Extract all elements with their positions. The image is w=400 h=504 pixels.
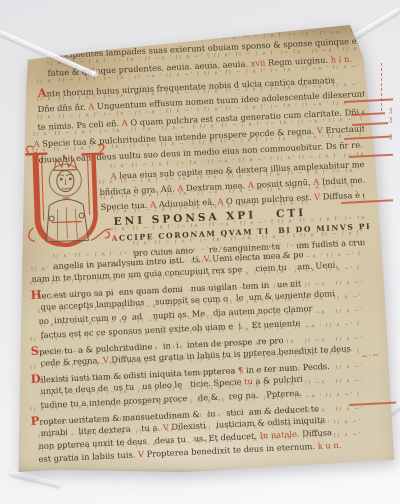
line-text: Dñe dñs ñr. A Unguentum effusum nomen tu… — [37, 89, 364, 116]
line-text: Ante thorum huius uirginis frequentate n… — [37, 71, 364, 98]
line-text: ACCIPE CORONAM QVAM TI BI DO MINVS PREPA… — [111, 222, 369, 246]
neume-row: ſ/ ʌ' ſſ ~ / ʌ ſ' /~ ſʌ ' /ſ ~ʌ ' ſ/ ʌ ~… — [30, 321, 364, 344]
manuscript-line: ſ/ ʌ' ſſ ~ / ʌ ſ' /~ ſʌ ' /ſ ~ʌ ' ſ/ ʌ ~… — [37, 100, 365, 135]
neume-row: ſ/ ʌ' ſſ ~ / ʌ ſ' /~ ſʌ ' /ſ ~ʌ ' ſ/ ʌ ~… — [40, 308, 364, 330]
manuscript-line: ſ/ ʌ' ſſ ~ / ʌ ſ' /~ ſʌ ' /ſ ~ʌ ' ſ/ ʌ ~… — [133, 230, 365, 261]
manuscript-line: ſ/ ʌ' ſſ ~ / ʌ ſ' /~ ſʌ ' /ſ ~ʌ ' ſ/ ʌ ~… — [40, 280, 365, 315]
neume-row: ſ/ ʌ' ſſ ~ / ʌ ſ' /~ ſʌ ' /ſ ~ʌ ' ſ/ ʌ ~… — [47, 46, 364, 68]
manuscript-line: ſ/ ʌ' ſſ ~ / ʌ ſ' /~ ſʌ ' /ſ ~ʌ ' ſ/ ʌ ~… — [30, 349, 365, 385]
manuscript-line: ſ/ ʌ' ſſ ~ / ʌ ſ' /~ ſʌ ' /ſ ~ʌ ' ſ/ ʌ ~… — [55, 28, 365, 63]
manuscript-line: ſ/ ʌ' ſſ ~ / ʌ ſ' /~ ſʌ ' /ſ ~ʌ ' ſ/ ʌ ~… — [99, 168, 365, 200]
line-text: est gratia in labiis tuis. V Propterea b… — [38, 439, 364, 466]
line-text: ENI SPONSA XPI CTI — [113, 207, 313, 228]
neume-row: ſ/ ʌ' ſſ ~ / ʌ ſ' /~ ſʌ ' /ſ ~ʌ ' ſ/ ʌ ~… — [55, 28, 364, 50]
manuscript-line: ſ/ ʌ' ſſ ~ / ʌ ſ' /~ ſʌ ' /ſ ~ʌ ' ſ/ ʌ ~… — [38, 432, 365, 467]
line-text: Specie tu a & pulchritudine in i inten d… — [30, 328, 364, 356]
manuscript-line: ſ/ ʌ' ſſ ~ / ʌ ſ' /~ ſʌ ' /ſ ~ʌ ' ſ/ ʌ ~… — [111, 215, 370, 247]
manuscript-line: ſ/ ʌ' ſſ ~ / ʌ ſ' /~ ſʌ ' /ſ ~ʌ ' ſ/ ʌ ~… — [40, 364, 365, 399]
neume-row: ſ/ ʌ' ſſ ~ / ʌ ſ' /~ ſʌ ' /ſ ~ʌ ' ſ/ ʌ ~… — [37, 100, 364, 122]
line-text: bñdicta è gra. Aū. A Dextram mea. A posu… — [99, 175, 364, 199]
manuscript-line: ſ/ ʌ' ſſ ~ / ʌ ſ' /~ ſʌ ' /ſ ~ʌ ' ſ/ ʌ ~… — [100, 183, 365, 215]
line-text: factus est ec ce sponsus uenit exite ob … — [40, 315, 364, 342]
line-text: no introiuit cum e o ad nupti as. Me dia… — [38, 301, 364, 328]
neume-row: ſ/ ʌ' ſſ ~ / ʌ ſ' /~ ſʌ ' /ſ ~ʌ ' ſ/ ʌ ~… — [38, 432, 364, 454]
line-text: Hec est uirgo sa pi ens quam domi nus ui… — [30, 272, 364, 300]
neume-row: ſ/ ʌ' ſſ ~ / ʌ ſ' /~ ſʌ ' /ſ ~ʌ ' ſ/ ʌ ~… — [37, 82, 364, 104]
neume-row: ſ/ ʌ' ſſ ~ / ʌ ſ' /~ ſʌ ' /ſ ~ʌ ' ſ/ ʌ ~… — [30, 391, 364, 414]
line-text: Specie tua. A Adiuuabit eā. A O quam pul… — [100, 190, 364, 214]
line-text: cede & regna. V Diffusa est gratia in la… — [40, 343, 364, 370]
manuscript-line: ſ/ ʌ' ſſ ~ / ʌ ſ' /~ ſʌ ' /ſ ~ʌ ' ſ/ ʌ ~… — [31, 251, 365, 287]
mount-pin-highlight — [90, 68, 100, 78]
line-text: accipientes lampades suas exierunt obuia… — [55, 35, 364, 62]
neume-row: ſ/ ʌ' ſſ ~ / ʌ ſ' /~ ſʌ ' /ſ ~ʌ ' ſ/ ʌ ~… — [133, 230, 364, 248]
manuscript-line: ſ/ ʌ' ſſ ~ / ʌ ſ' /~ ſʌ ' /ſ ~ʌ ' ſ/ ʌ ~… — [37, 82, 365, 117]
neume-row: ſ/ ʌ' ſſ ~ / ʌ ſ' /~ ſʌ ' /ſ ~ʌ ' ſ/ ʌ ~… — [30, 349, 364, 372]
neume-row: ſ/ ʌ' ſſ ~ / ʌ ſ' /~ ſʌ ' /ſ ~ʌ ' ſ/ ʌ ~… — [38, 294, 364, 316]
illuminated-initial-v — [22, 141, 114, 258]
line-text: non ppterea unxit te deus deus tu us. Et… — [38, 426, 364, 453]
manuscript-line: ſ/ ʌ' ſſ ~ / ʌ ſ' /~ ſʌ ' /ſ ~ʌ ' ſ/ ʌ ~… — [40, 406, 365, 441]
line-text: mirabi liter dextera tu a. V Dilexisti i… — [40, 413, 364, 440]
line-text: pro cuius amo re. sanguinem tu um fudist… — [133, 237, 364, 260]
neume-row: ſ/ ʌ' ſſ ~ / ʌ ſ' /~ ſʌ ' /ſ ~ʌ ' ſ/ ʌ ~… — [111, 215, 369, 234]
neume-row: ſ/ ʌ' ſſ ~ / ʌ ſ' /~ ſʌ ' /ſ ~ʌ ' ſ/ ʌ ~… — [40, 378, 364, 400]
manuscript-line: ſ/ ʌ' ſſ ~ / ʌ ſ' /~ ſʌ ' /ſ ~ʌ ' ſ/ ʌ ~… — [30, 265, 365, 301]
manuscript-line: ſ/ ʌ' ſſ ~ / ʌ ſ' /~ ſʌ ' /ſ ~ʌ ' ſ/ ʌ ~… — [38, 294, 365, 329]
line-text: Dilexisti iusti tiam & odisti iniquita t… — [30, 356, 364, 384]
neume-row: ſ/ ʌ' ſſ ~ / ʌ ſ' /~ ſʌ ' /ſ ~ʌ ' ſ/ ʌ ~… — [33, 116, 364, 139]
manuscript-line: ſ/ ʌ' ſſ ~ / ʌ ſ' /~ ſʌ ' /ſ ~ʌ ' ſ/ ʌ ~… — [40, 308, 365, 343]
neume-row: ſ/ ʌ' ſſ ~ / ʌ ſ' /~ ſʌ ' /ſ ~ʌ ' ſ/ ʌ ~… — [40, 364, 364, 386]
manuscript-line: ſ/ ʌ' ſſ ~ / ʌ ſ' /~ ſʌ ' /ſ ~ʌ ' ſ/ ʌ ~… — [110, 152, 365, 184]
neume-row: ſ/ ʌ' ſſ ~ / ʌ ſ' /~ ſʌ ' /ſ ~ʌ ' ſ/ ʌ ~… — [40, 336, 364, 358]
neume-row: ſ/ ʌ' ſſ ~ / ʌ ſ' /~ ſʌ ' /ſ ~ʌ ' ſ/ ʌ ~… — [113, 200, 313, 216]
manuscript-line: ſ/ ʌ' ſſ ~ / ʌ ſ' /~ ſʌ ' /ſ ~ʌ ' ſ/ ʌ ~… — [30, 321, 365, 357]
line-text: nam in te thronum me um quia concupiuit … — [31, 258, 364, 286]
neume-row: ſ/ ʌ' ſſ ~ / ʌ ſ' /~ ſʌ ' /ſ ~ʌ ' ſ/ ʌ ~… — [30, 265, 364, 288]
line-text: A leua eius sub capite meo & dextera ill… — [110, 159, 364, 183]
neume-row: ſ/ ʌ' ſſ ~ / ʌ ſ' /~ ſʌ ' /ſ ~ʌ ' ſ/ ʌ ~… — [100, 183, 364, 202]
manuscript-line: ſ/ ʌ' ſſ ~ / ʌ ſ' /~ ſʌ ' /ſ ~ʌ ' ſ/ ʌ ~… — [30, 391, 365, 427]
neume-row: ſ/ ʌ' ſſ ~ / ʌ ſ' /~ ſʌ ' /ſ ~ʌ ' ſ/ ʌ ~… — [99, 168, 364, 187]
line-text: Propter ueritatem & mansuetudinem & iu s… — [30, 398, 364, 426]
manuscript-line: ſ/ ʌ' ſſ ~ / ʌ ſ' /~ ſʌ ' /ſ ~ʌ ' ſ/ ʌ ~… — [40, 378, 365, 413]
line-text: tudine tu a intende prospere proce de & … — [40, 385, 364, 412]
manuscript-line: ſ/ ʌ' ſſ ~ / ʌ ſ' /~ ſʌ ' /ſ ~ʌ ' ſ/ ʌ ~… — [40, 336, 365, 371]
neume-row: ſ/ ʌ' ſſ ~ / ʌ ſ' /~ ſʌ ' /ſ ~ʌ ' ſ/ ʌ ~… — [40, 406, 364, 428]
manuscript-line: ſ/ ʌ' ſſ ~ / ʌ ſ' /~ ſʌ ' /ſ ~ʌ ' ſ/ ʌ ~… — [113, 200, 314, 229]
line-text: que acceptis lampadibus sumpsit se cum o… — [40, 287, 364, 314]
neume-row: ſ/ ʌ' ſſ ~ / ʌ ſ' /~ ſʌ ' /ſ ~ʌ ' ſ/ ʌ ~… — [110, 152, 364, 171]
neume-row: ſ/ ʌ' ſſ ~ / ʌ ſ' /~ ſʌ ' /ſ ~ʌ ' ſ/ ʌ ~… — [38, 419, 364, 441]
neume-row: ſ/ ʌ' ſſ ~ / ʌ ſ' /~ ſʌ ' /ſ ~ʌ ' ſ/ ʌ ~… — [40, 280, 364, 302]
manuscript-photo: ſ/ ʌ' ſſ ~ / ʌ ſ' /~ ſʌ ' /ſ ~ʌ ' ſ/ ʌ ~… — [0, 0, 400, 504]
line-text: te nimis. Ps celi eñ. A O quam pulchra e… — [37, 107, 364, 134]
manuscript-line: ſ/ ʌ' ſſ ~ / ʌ ſ' /~ ſʌ ' /ſ ~ʌ ' ſ/ ʌ ~… — [38, 419, 365, 454]
line-text: unxit te deus de us tu us oleo le ticie.… — [40, 371, 364, 398]
